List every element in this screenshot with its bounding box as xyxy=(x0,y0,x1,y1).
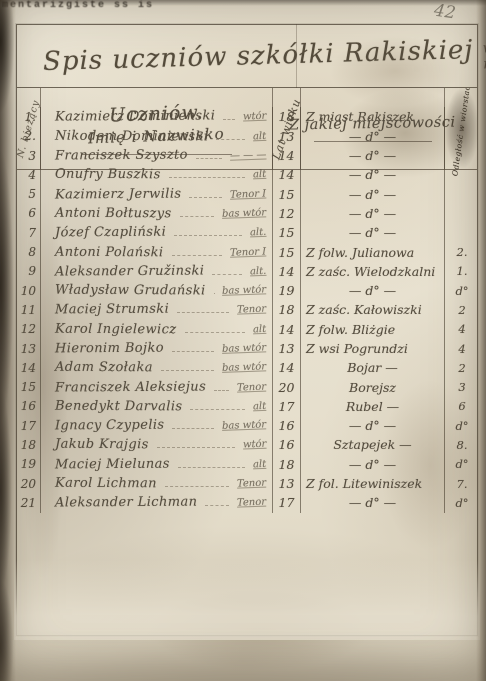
voice-part-annotation: Tenor I xyxy=(230,188,273,200)
student-name: Franciszek Szyszto xyxy=(55,148,188,164)
student-name: Karol Lichman xyxy=(55,476,157,492)
place-cell: — d° — xyxy=(301,455,445,474)
name-cell: Aleksander LichmanTenor xyxy=(41,493,273,512)
place-cell: — d° — xyxy=(301,204,445,223)
distance-cell: 1. xyxy=(445,262,477,281)
distance-cell: 6 xyxy=(445,397,477,416)
student-name: Nikodem Dominienski xyxy=(55,128,208,144)
student-name: Kazimierz Dominienski xyxy=(55,109,215,125)
name-cell: Jakub Krajgiswtór xyxy=(41,435,273,454)
student-name: Benedykt Darvalis xyxy=(55,399,183,415)
student-name: Aleksander Lichman xyxy=(55,495,197,511)
student-name: Józef Czapliński xyxy=(55,225,166,241)
voice-part-annotation: bas wtór xyxy=(222,284,272,297)
voice-part-annotation: alt xyxy=(253,458,273,470)
distance-cell: 2. xyxy=(445,242,477,261)
ink-scribble-line xyxy=(180,210,214,217)
student-name: Antoni Bołtuszys xyxy=(55,206,172,222)
name-cell: Antoni Bołtuszysbas wtór xyxy=(41,204,273,223)
student-name: Kazimierz Jerwilis xyxy=(55,186,182,202)
distance-cell: 4 xyxy=(445,320,477,339)
row-number-cell: 21 xyxy=(17,493,41,512)
name-cell: Władysław Grudańskibas wtór xyxy=(41,281,273,300)
column-header-number-label: N. bieżący xyxy=(17,98,42,159)
ink-scribble-line xyxy=(190,403,244,410)
voice-part-annotation: alt xyxy=(253,169,273,181)
age-cell: 14 xyxy=(273,320,301,339)
student-name: Jakub Krajgis xyxy=(55,437,149,452)
row-number-cell: 16 xyxy=(17,397,41,416)
place-cell: — d° — xyxy=(301,281,445,300)
name-cell: Maciej StrumskiTenor xyxy=(41,300,273,319)
ink-scribble-line xyxy=(157,441,235,448)
voice-part-annotation: alt. xyxy=(249,227,272,239)
distance-cell: d° xyxy=(445,281,477,300)
row-number-cell: 10 xyxy=(17,281,41,300)
place-cell: Z zaśc. Kałowiszki xyxy=(301,300,445,319)
ink-scribble-line xyxy=(178,461,245,468)
roster-sheet: Spis uczniów szkółki Rakiskiej w roku 18… xyxy=(16,24,478,636)
name-cell: Benedykt Darvalisalt xyxy=(41,397,273,416)
place-cell: Borejsz xyxy=(301,377,445,396)
student-name: Maciej Mielunas xyxy=(55,456,170,472)
voice-part-annotation: bas wtór xyxy=(222,361,272,374)
voice-part-annotation: wtór xyxy=(242,111,272,123)
student-name: Karol Ingielewicz xyxy=(55,321,177,337)
name-cell: Antoni PolańskiTenor I xyxy=(41,242,273,261)
row-number-cell: 20 xyxy=(17,474,41,493)
row-number-cell: 5 xyxy=(17,184,41,203)
age-cell: 18 xyxy=(273,455,301,474)
voice-part-annotation: Tenor xyxy=(237,381,272,393)
age-cell: 13 xyxy=(273,339,301,358)
voice-part-annotation: — — — xyxy=(229,149,272,161)
name-cell: Karol LichmanTenor xyxy=(41,474,273,493)
place-cell: Z folw. Julianowa xyxy=(301,242,445,261)
page-right-edge xyxy=(476,0,486,681)
age-cell: 16 xyxy=(273,435,301,454)
age-cell: 20 xyxy=(273,377,301,396)
voice-part-annotation: alt xyxy=(253,401,273,413)
row-number-cell: 19 xyxy=(17,455,41,474)
name-cell: Karol Ingielewiczalt xyxy=(41,320,273,339)
ink-scribble-line xyxy=(169,171,245,178)
age-cell: 15 xyxy=(273,184,301,203)
age-cell: 13 xyxy=(273,474,301,493)
student-name: Adam Szołaka xyxy=(55,360,153,376)
age-cell: 18 xyxy=(273,300,301,319)
distance-cell: d° xyxy=(445,493,477,512)
age-cell: 14 xyxy=(273,262,301,281)
column-header-place-label: Z jakiej miejscowości xyxy=(289,114,456,133)
place-cell: Z wsi Pogrundzi xyxy=(301,339,445,358)
voice-part-annotation: wtór xyxy=(242,439,272,451)
ink-scribble-line xyxy=(165,480,229,487)
distance-cell: 4 xyxy=(445,339,477,358)
student-name: Władysław Grudański xyxy=(55,283,206,299)
voice-part-annotation: alt xyxy=(253,130,273,142)
student-name: Aleksander Gružinski xyxy=(55,263,204,279)
page-title: Spis uczniów szkółki Rakiskiej xyxy=(43,35,474,77)
row-number-cell: 6 xyxy=(17,204,41,223)
ink-scribble-line xyxy=(214,384,229,391)
place-cell: Z folw. Bliżgie xyxy=(301,320,445,339)
name-cell: Hieronim Bojkobas wtór xyxy=(41,339,273,358)
distance-cell xyxy=(445,204,477,223)
ink-scribble-line xyxy=(205,499,229,506)
voice-part-annotation: bas wtór xyxy=(222,207,272,220)
voice-part-annotation: Tenor xyxy=(237,497,272,509)
distance-cell xyxy=(445,223,477,242)
row-number-cell: 18 xyxy=(17,435,41,454)
voice-part-annotation: bas wtór xyxy=(222,419,272,432)
title-band: Spis uczniów szkółki Rakiskiej w roku 18… xyxy=(17,25,477,87)
name-cell: Maciej Mielunasalt xyxy=(41,455,273,474)
scanned-document-page: mentarizgiste ss is 42 Spis uczniów szkó… xyxy=(0,0,486,681)
column-header-distance: Odległość w wiorstach xyxy=(445,88,477,170)
ink-scribble-line xyxy=(172,249,222,256)
student-name: Hieronim Bojko xyxy=(55,341,164,357)
row-number-cell: 13 xyxy=(17,339,41,358)
place-cell: Sztapejek — xyxy=(301,435,445,454)
book-binding-edge xyxy=(0,0,16,681)
place-cell: — d° — xyxy=(301,223,445,242)
name-cell: Aleksander Gružinskialt. xyxy=(41,262,273,281)
age-cell: 19 xyxy=(273,281,301,300)
distance-cell: d° xyxy=(445,455,477,474)
ink-scribble-line xyxy=(212,268,241,275)
ink-scribble-line xyxy=(189,191,221,198)
place-cell: Bojar — xyxy=(301,358,445,377)
name-cell: Kazimierz JerwilisTenor I xyxy=(41,184,273,203)
voice-part-annotation: Tenor xyxy=(237,477,272,489)
header-underline xyxy=(314,141,432,142)
age-cell: 14 xyxy=(273,358,301,377)
ink-scribble-line xyxy=(161,364,214,371)
voice-part-annotation: alt. xyxy=(249,265,272,277)
age-cell: 15 xyxy=(273,223,301,242)
row-number-cell: 14 xyxy=(17,358,41,377)
column-header-number: N. bieżący xyxy=(17,88,41,170)
row-number-cell: 8 xyxy=(17,242,41,261)
student-name: Onufry Buszkis xyxy=(55,167,161,183)
student-name: Antoni Polański xyxy=(55,244,164,260)
name-cell: Ignacy Czypelisbas wtór xyxy=(41,416,273,435)
place-cell: Z fol. Litewiniszek xyxy=(301,474,445,493)
distance-cell: 7. xyxy=(445,474,477,493)
row-number-cell: 9 xyxy=(17,262,41,281)
place-cell: — d° — xyxy=(301,184,445,203)
distance-cell: 8. xyxy=(445,435,477,454)
age-cell: 16 xyxy=(273,416,301,435)
row-number-cell: 11 xyxy=(17,300,41,319)
age-cell: 12 xyxy=(273,204,301,223)
voice-part-annotation: Tenor I xyxy=(230,246,273,258)
place-cell: Rubel — xyxy=(301,397,445,416)
column-header-distance-label: Odległość w wiorstach xyxy=(451,87,473,177)
distance-cell xyxy=(445,184,477,203)
voice-part-annotation: alt xyxy=(253,323,273,335)
row-number-cell: 17 xyxy=(17,416,41,435)
page-top-edge xyxy=(0,0,486,6)
name-cell: Adam Szołakabas wtór xyxy=(41,358,273,377)
ink-scribble-line xyxy=(172,345,214,352)
name-cell: Franciszek AleksiejusTenor xyxy=(41,377,273,396)
column-header-place: Z jakiej miejscowości xyxy=(301,88,445,170)
student-name: Ignacy Czypelis xyxy=(55,418,165,434)
voice-part-annotation: Tenor xyxy=(237,304,272,316)
age-cell: 15 xyxy=(273,242,301,261)
age-cell: 17 xyxy=(273,397,301,416)
distance-cell: 3 xyxy=(445,377,477,396)
place-cell: Z zaśc. Wielodzkalni xyxy=(301,262,445,281)
name-cell: Józef Czaplińskialt. xyxy=(41,223,273,242)
row-number-cell: 12 xyxy=(17,320,41,339)
student-name: Maciej Strumski xyxy=(55,302,169,318)
ink-scribble-line xyxy=(174,229,241,236)
distance-cell: d° xyxy=(445,416,477,435)
distance-cell: 2 xyxy=(445,358,477,377)
voice-part-annotation: bas wtór xyxy=(222,342,272,355)
place-cell: — d° — xyxy=(301,416,445,435)
age-cell: 17 xyxy=(273,493,301,512)
ink-scribble-line xyxy=(185,326,245,333)
students-table: N. bieżący Uczniów. Imię i Nazwisko Lat … xyxy=(17,87,477,636)
ink-scribble-line xyxy=(172,422,213,429)
row-number-cell: 15 xyxy=(17,377,41,396)
student-name: Franciszek Aleksiejus xyxy=(55,379,206,395)
row-number-cell: 7 xyxy=(17,223,41,242)
place-cell: — d° — xyxy=(301,493,445,512)
distance-cell: 2 xyxy=(445,300,477,319)
ink-scribble-line xyxy=(177,306,229,313)
